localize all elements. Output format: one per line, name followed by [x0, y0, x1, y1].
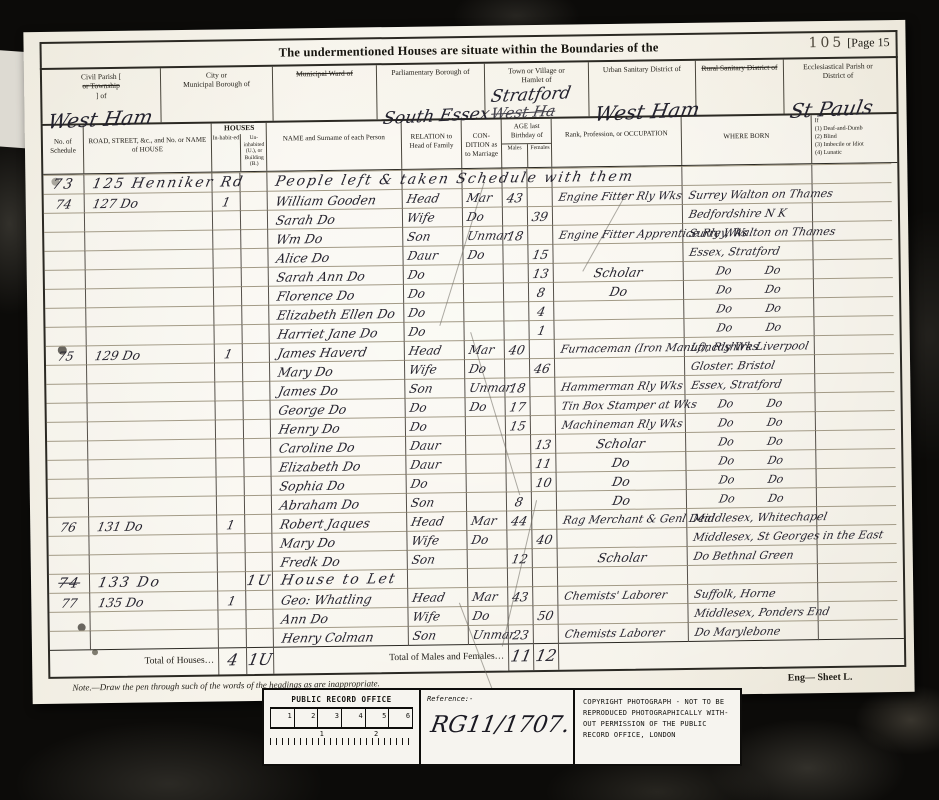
- handwritten-entry: George Do: [269, 400, 349, 420]
- handwritten-entry: Do: [464, 398, 489, 417]
- handwritten-entry: Do: [402, 304, 427, 323]
- handwritten-entry: Wife: [403, 360, 438, 379]
- cell-uninh: [241, 324, 268, 344]
- cell-f: 15: [527, 244, 552, 264]
- cell-uninh: [244, 533, 271, 553]
- handwritten-entry: Mar: [463, 341, 496, 360]
- handwritten-entry: 133 Do: [88, 573, 163, 593]
- header-condition: CON-DITION as to Marriage: [461, 120, 502, 169]
- cell-f: [530, 415, 555, 435]
- cell-cond: [465, 435, 505, 456]
- handwritten-entry: 18: [503, 378, 531, 397]
- district-label-segment: Municipal Ward of: [296, 69, 353, 79]
- cell-occ: Tin Box Stamper at Wks: [554, 394, 684, 416]
- handwritten-entry: Harriet Jane Do: [268, 323, 380, 344]
- handwritten-entry: Robert Jaques: [270, 513, 371, 533]
- handwritten-entry: Son: [406, 550, 437, 569]
- handwritten-entry: 75: [44, 346, 88, 366]
- cell-occ: Do: [555, 451, 685, 473]
- total-males: 11: [508, 644, 533, 670]
- page-label: [Page 15: [847, 35, 890, 50]
- cell-born: Middlesex, Whitechapel: [686, 506, 816, 528]
- cell-born: Do Do: [685, 430, 815, 452]
- cell-inf: [815, 448, 895, 469]
- cell-occ: Furnaceman (Iron Manuf), Rly Wks: [554, 337, 684, 359]
- header-females: Females: [527, 144, 551, 167]
- handwritten-entry: 15: [504, 416, 532, 435]
- handwritten-entry: Do Do: [682, 298, 815, 319]
- cell-m: 23: [508, 624, 533, 644]
- cell-m: [503, 320, 528, 340]
- cell-cond: Do: [464, 359, 504, 380]
- cell-uninh: [240, 248, 267, 268]
- cell-m: [504, 358, 529, 378]
- cell-born: Do Do: [686, 468, 816, 490]
- handwritten-entry: Wife: [401, 208, 436, 227]
- handwritten-entry: Wife: [406, 531, 441, 550]
- handwritten-entry: Gloster. Bristol: [683, 356, 776, 376]
- cell-sched: 74: [44, 193, 84, 214]
- infirmity-line: (4) Lunatic: [815, 148, 889, 157]
- handwritten-entry: 1: [213, 344, 244, 363]
- cell-uninh: [244, 514, 271, 534]
- cell-inh: [212, 248, 240, 268]
- cell-occ: Do: [553, 280, 683, 302]
- handwritten-entry: 13: [527, 264, 555, 283]
- handwritten-entry: James Haverd: [268, 342, 369, 362]
- district-label-segment: Urban Sanitary District of: [603, 64, 681, 74]
- handwritten-entry: Scholar: [552, 262, 685, 283]
- cell-sched: [45, 288, 85, 309]
- cell-inh: [216, 533, 244, 553]
- cell-name: People left & taken Schedule with them: [266, 170, 401, 192]
- handwritten-entry: William Gooden: [266, 190, 378, 211]
- cell-road: 125 Henniker Rd: [83, 173, 211, 195]
- cell-inh: [213, 305, 241, 325]
- handwritten-entry: Daur: [404, 436, 442, 456]
- copyright-line: RECORD OFFICE, LONDON: [583, 730, 740, 741]
- cell-uninh: [240, 191, 267, 211]
- cell-uninh: [240, 210, 267, 230]
- handwritten-entry: 74: [42, 194, 86, 214]
- cell-sched: [47, 440, 87, 461]
- cell-inf: [811, 163, 891, 184]
- cell-inf: [812, 239, 892, 260]
- district-label-segment: Municipal Borough of: [183, 79, 250, 89]
- ruler-number: 2: [295, 709, 319, 727]
- cell-m: 12: [507, 548, 532, 568]
- cell-cond: [466, 473, 506, 494]
- cell-inf: [817, 562, 897, 583]
- header-age: AGE last Birthday of Males Females: [501, 119, 552, 168]
- cell-inf: [813, 277, 893, 298]
- ruler-tick-label: 1: [319, 730, 325, 738]
- cell-occ: Scholar: [553, 261, 683, 283]
- district-label-segment: Rural Sanitary District of: [701, 63, 777, 73]
- copyright-line: COPYRIGHT PHOTOGRAPH - NOT TO BE: [583, 697, 740, 708]
- cell-m: [502, 244, 527, 264]
- total-houses-uninhabited: 1U: [246, 648, 273, 674]
- ruler-number: 3: [318, 709, 342, 727]
- handwritten-entry: Do Do: [685, 450, 818, 471]
- district-label-segment: Civil Parish [: [81, 72, 121, 82]
- cell-f: 50: [532, 605, 557, 625]
- cell-inh: [214, 362, 242, 382]
- cell-sched: [47, 421, 87, 442]
- cell-inf: [814, 334, 894, 355]
- handwritten-entry: 18: [501, 226, 529, 245]
- cell-rel: Daur: [402, 245, 462, 266]
- cell-rel: Do: [403, 283, 463, 304]
- cell-rel: Wife: [402, 207, 462, 228]
- cell-inf: [814, 391, 894, 412]
- cell-inf: [813, 258, 893, 279]
- handwritten-entry: Middlesex, Ponders End: [687, 602, 832, 623]
- district-label: Parliamentary Borough of: [377, 67, 484, 78]
- cell-inh: 1: [212, 191, 240, 211]
- district-label: Ecclesiastical Parish orDistrict of: [784, 61, 892, 81]
- ruler-tick-label: 2: [373, 730, 379, 738]
- district-cell: Parliamentary Borough ofSouth Essex: [376, 64, 485, 120]
- cell-f: 13: [530, 434, 555, 454]
- cell-inf: [816, 486, 896, 507]
- pro-reference-section: Reference:- RG11/1707.: [421, 690, 575, 764]
- handwritten-entry: 1: [528, 321, 556, 340]
- header-age-subcolumns: Males Females: [502, 143, 551, 168]
- cell-born: Do Do: [684, 392, 814, 414]
- handwritten-entry: Do Do: [682, 260, 815, 281]
- cell-cond: Mar: [467, 586, 507, 607]
- cell-cond: [466, 491, 506, 512]
- handwritten-entry: Son: [403, 379, 434, 398]
- district-label: Civil Parish [or Township] of: [42, 71, 160, 101]
- cell-f: 46: [529, 358, 554, 378]
- cell-m: 40: [504, 339, 529, 359]
- ruler-number: 4: [342, 709, 366, 727]
- cell-born: Lancashire Liverpool: [684, 335, 814, 357]
- cell-sched: [48, 497, 88, 518]
- handwritten-entry: 12: [506, 549, 534, 568]
- cell-uninh: [242, 343, 269, 363]
- cell-inh: [213, 267, 241, 287]
- cell-born: Do Do: [683, 297, 813, 319]
- cell-rel: Wife: [407, 606, 467, 627]
- cell-born: Do Do: [685, 411, 815, 433]
- handwritten-entry: Do Do: [685, 469, 818, 490]
- cell-born: Do Do: [683, 278, 813, 300]
- cell-cond: Mar: [466, 510, 506, 531]
- handwritten-entry: 44: [505, 511, 533, 530]
- total-males-females-label: Total of Males and Females…: [273, 644, 508, 673]
- cell-rel: Do: [406, 473, 466, 494]
- handwritten-entry: Do: [466, 531, 491, 550]
- cell-occ: Scholar: [555, 432, 685, 454]
- handwritten-entry: Bedfordshire N K: [681, 204, 788, 224]
- handwritten-entry: 39: [526, 207, 554, 226]
- district-label-segment: City or: [206, 70, 227, 79]
- cell-sched: 77: [49, 592, 89, 613]
- handwritten-entry: Wife: [407, 607, 442, 626]
- handwritten-entry: 8: [527, 283, 555, 302]
- handwritten-entry: 1: [215, 515, 246, 534]
- cell-inh: [215, 457, 243, 477]
- handwritten-entry: Do: [405, 475, 430, 494]
- handwritten-entry: Mary Do: [268, 362, 335, 382]
- header-houses: HOUSES In-habit-ed Un-inhabited (U.), or…: [211, 123, 267, 172]
- handwritten-entry: 11: [530, 454, 558, 473]
- cell-cond: [467, 548, 507, 569]
- cell-inf: [813, 296, 893, 317]
- district-label: Urban Sanitary District of: [589, 64, 695, 75]
- cell-f: [532, 548, 557, 568]
- cell-m: 15: [505, 415, 530, 435]
- district-label-segment: Town or Village or: [508, 66, 565, 76]
- handwritten-entry: Do: [552, 281, 685, 302]
- handwritten-entry: Surrey, Walton on Thames: [681, 222, 837, 243]
- handwritten-entry: 131 Do: [87, 517, 144, 537]
- district-label: Rural Sanitary District of: [696, 63, 783, 74]
- handwritten-entry: 10: [530, 473, 558, 492]
- cell-born: Do Do: [683, 316, 813, 338]
- handwritten-entry: Do: [463, 360, 488, 379]
- cell-m: 44: [506, 510, 531, 530]
- district-label-segment: ] of: [96, 91, 107, 100]
- handwritten-entry: 129 Do: [85, 346, 142, 366]
- handwritten-entry: Sarah Do: [266, 210, 337, 230]
- copyright-line: OUT PERMISSION OF THE PUBLIC: [583, 719, 740, 730]
- handwritten-entry: Do: [461, 208, 486, 227]
- cell-cond: [463, 264, 503, 285]
- header-houses-subcolumns: In-habit-ed Un-inhabited (U.), or Buildi…: [212, 134, 267, 172]
- handwritten-entry: Geo: Whatling: [271, 589, 373, 609]
- cell-rel: Head: [407, 587, 467, 608]
- total-females: 12: [533, 644, 558, 670]
- header-road: ROAD, STREET, &c., and No. or NAME of HO…: [83, 124, 212, 174]
- cell-m: 18: [502, 225, 527, 245]
- header-houses-title: HOUSES: [212, 123, 267, 135]
- district-label-segment: or Township: [82, 81, 120, 91]
- cell-f: [529, 377, 554, 397]
- cell-sched: [50, 630, 90, 651]
- cell-cond: Mar: [462, 188, 502, 209]
- cell-f: 4: [528, 301, 553, 321]
- handwritten-entry: House to Let: [271, 570, 398, 591]
- cell-rel: Wife: [406, 530, 466, 551]
- cell-uninh: [245, 609, 272, 629]
- total-houses-label: Total of Houses…: [50, 649, 218, 677]
- handwritten-entry: Sarah Ann Do: [267, 266, 367, 286]
- handwritten-entry: Henry Colman: [272, 627, 376, 647]
- handwritten-entry: Elizabeth Ellen Do: [267, 304, 396, 325]
- cell-inf: [816, 467, 896, 488]
- header-age-title: AGE last Birthday of: [502, 119, 552, 144]
- cell-rel: Do: [405, 416, 465, 437]
- district-cell: Municipal Ward of: [272, 65, 377, 120]
- pro-office-title: PUBLIC RECORD OFFICE: [264, 690, 419, 707]
- cell-sched: [49, 554, 89, 575]
- cell-rel: Do: [403, 321, 463, 342]
- handwritten-entry: Essex, Stratford: [682, 242, 782, 262]
- cell-born: Do Marylebone: [688, 620, 818, 642]
- cell-inh: [213, 324, 241, 344]
- cell-occ: Hammerman Rly Wks: [554, 375, 684, 397]
- census-table: No. of Schedule ROAD, STREET, &c., and N…: [41, 112, 907, 679]
- cell-f: 8: [528, 282, 553, 302]
- cell-sched: [44, 231, 84, 252]
- cell-born: Middlesex, St Georges in the East: [686, 525, 816, 547]
- district-label: Town or Village orHamlet of: [485, 65, 588, 85]
- handwritten-entry: Do Do: [682, 279, 815, 300]
- cell-m: 18: [504, 377, 529, 397]
- cell-f: [527, 225, 552, 245]
- cell-f: 39: [527, 206, 552, 226]
- cell-rel: Head: [406, 511, 466, 532]
- cell-f: 13: [528, 263, 553, 283]
- cell-occ: Do: [556, 470, 686, 492]
- handwritten-entry: 74: [47, 574, 91, 594]
- cell-cond: [463, 283, 503, 304]
- cell-rel: Son: [407, 549, 467, 570]
- cell-sched: [44, 212, 84, 233]
- cell-uninh: [245, 590, 272, 610]
- cell-m: 43: [507, 586, 532, 606]
- cell-road: [90, 629, 218, 651]
- census-page: The undermentioned Houses are situate wi…: [23, 20, 914, 704]
- handwritten-entry: Middlesex, Whitechapel: [685, 507, 829, 528]
- cell-sched: [45, 326, 85, 347]
- pro-copyright-section: COPYRIGHT PHOTOGRAPH - NOT TO BEREPRODUC…: [575, 690, 740, 764]
- handwritten-entry: Ann Do: [272, 609, 330, 629]
- handwritten-entry: 1U: [244, 572, 274, 591]
- cell-cond: [463, 321, 503, 342]
- handwritten-entry: Sophia Do: [270, 476, 347, 496]
- cell-inh: [215, 400, 243, 420]
- cell-born: Surrey, Walton on Thames: [682, 221, 812, 243]
- ruler-number: 1: [271, 709, 295, 727]
- cell-sched: 73: [43, 174, 83, 195]
- cell-sched: [46, 364, 86, 385]
- copyright-line: REPRODUCED PHOTOGRAPHICALLY WITH-: [583, 708, 740, 719]
- handwritten-entry: Do: [555, 452, 688, 473]
- ruler-scale-inches: 123456: [270, 707, 413, 727]
- handwritten-entry: Mar: [465, 512, 498, 531]
- cell-rel: Wife: [404, 359, 464, 380]
- page-title: The undermentioned Houses are situate wi…: [279, 40, 659, 60]
- cell-f: [529, 396, 554, 416]
- district-label-segment: Hamlet of: [521, 75, 551, 84]
- handwritten-entry: 8: [505, 492, 533, 511]
- cell-inf: [818, 619, 898, 640]
- handwritten-entry: Do: [462, 246, 487, 265]
- cell-cond: Do: [466, 529, 506, 550]
- cell-uninh: [243, 400, 270, 420]
- district-label-segment: District of: [823, 71, 854, 80]
- reference-number: RG11/1707.: [429, 712, 572, 738]
- handwritten-entry: Do Do: [684, 393, 817, 414]
- cell-uninh: [241, 267, 268, 287]
- district-label: City orMunicipal Borough of: [161, 70, 272, 90]
- census-table-body: 73125 Henniker RdPeople left & taken Sch…: [43, 163, 904, 650]
- district-label-segment: Ecclesiastical Parish or: [803, 61, 873, 71]
- cell-occ: Machineman Rly Wks: [555, 413, 685, 435]
- totals-spacer: [558, 639, 904, 670]
- cell-cond: Unmar: [462, 226, 502, 247]
- cell-rel: Head: [402, 188, 462, 209]
- cell-occ: Do: [556, 489, 686, 511]
- cell-uninh: [243, 419, 270, 439]
- handwritten-entry: Head: [401, 189, 441, 209]
- total-houses-inhabited: 4: [218, 648, 246, 674]
- cell-m: [503, 282, 528, 302]
- cell-cond: Do: [464, 397, 504, 418]
- district-cell: Civil Parish [or Township] ofWest Ham: [42, 68, 161, 124]
- cell-cond: Do: [462, 245, 502, 266]
- cell-sched: [48, 535, 88, 556]
- cell-rel: Do: [404, 397, 464, 418]
- cell-f: 40: [531, 529, 556, 549]
- header-males: Males: [502, 144, 527, 167]
- district-cell: Rural Sanitary District of: [695, 60, 784, 115]
- cell-sched: [49, 611, 89, 632]
- cell-rel: Son: [402, 226, 462, 247]
- cell-f: 11: [530, 453, 555, 473]
- handwritten-entry: Do: [404, 418, 429, 437]
- sheet-label: Eng— Sheet L.: [788, 672, 853, 684]
- cell-name: Henry Colman: [273, 626, 408, 648]
- cell-inh: [217, 552, 245, 572]
- cell-inh: [212, 229, 240, 249]
- cell-uninh: [244, 476, 271, 496]
- cell-sched: [44, 250, 84, 271]
- cell-uninh: [242, 381, 269, 401]
- cell-f: [527, 187, 552, 207]
- handwritten-entry: 17: [504, 397, 532, 416]
- handwritten-entry: 13: [529, 435, 557, 454]
- handwritten-entry: Do: [404, 399, 429, 418]
- cell-rel: Daur: [405, 454, 465, 475]
- handwritten-entry: Chemists' Laborer: [556, 585, 669, 606]
- handwritten-entry: Do: [402, 285, 427, 304]
- handwritten-entry: Elizabeth Do: [270, 456, 363, 476]
- cell-sched: [47, 459, 87, 480]
- handwritten-entry: Machineman Rly Wks: [554, 414, 685, 435]
- district-label: Municipal Ward of: [273, 68, 376, 79]
- handwritten-entry: Do Do: [684, 431, 817, 452]
- handwritten-entry: 125 Henniker Rd: [83, 173, 246, 194]
- handwritten-entry: Do: [555, 471, 688, 492]
- cell-m: 8: [506, 491, 531, 511]
- handwritten-entry: Son: [407, 626, 438, 645]
- public-record-office-stamp: PUBLIC RECORD OFFICE 123456 1 2 Referenc…: [262, 688, 742, 766]
- handwritten-entry: Scholar: [556, 547, 689, 568]
- cell-cond: Unmar: [468, 624, 508, 645]
- handwritten-entry: Do: [402, 266, 427, 285]
- handwritten-entry: Henry Do: [269, 419, 342, 439]
- cell-uninh: [241, 305, 268, 325]
- handwritten-entry: Do Marylebone: [687, 622, 782, 642]
- handwritten-entry: Do: [467, 607, 492, 626]
- handwritten-entry: Surrey Walton on Thames: [681, 184, 835, 205]
- cell-born: Middlesex, Ponders End: [687, 601, 817, 623]
- cell-inh: 1: [217, 590, 245, 610]
- pro-ruler-section: PUBLIC RECORD OFFICE 123456 1 2: [264, 690, 421, 764]
- handwritten-entry: Alice Do: [267, 248, 332, 268]
- handwritten-entry: Essex, Stratford: [683, 375, 783, 395]
- cell-uninh: [244, 495, 271, 515]
- header-infirmity: If(1) Deaf-and-Dumb(2) Blind(3) Imbecile…: [811, 114, 892, 163]
- ruler-number: 5: [366, 709, 390, 727]
- handwritten-entry: 23: [507, 625, 535, 644]
